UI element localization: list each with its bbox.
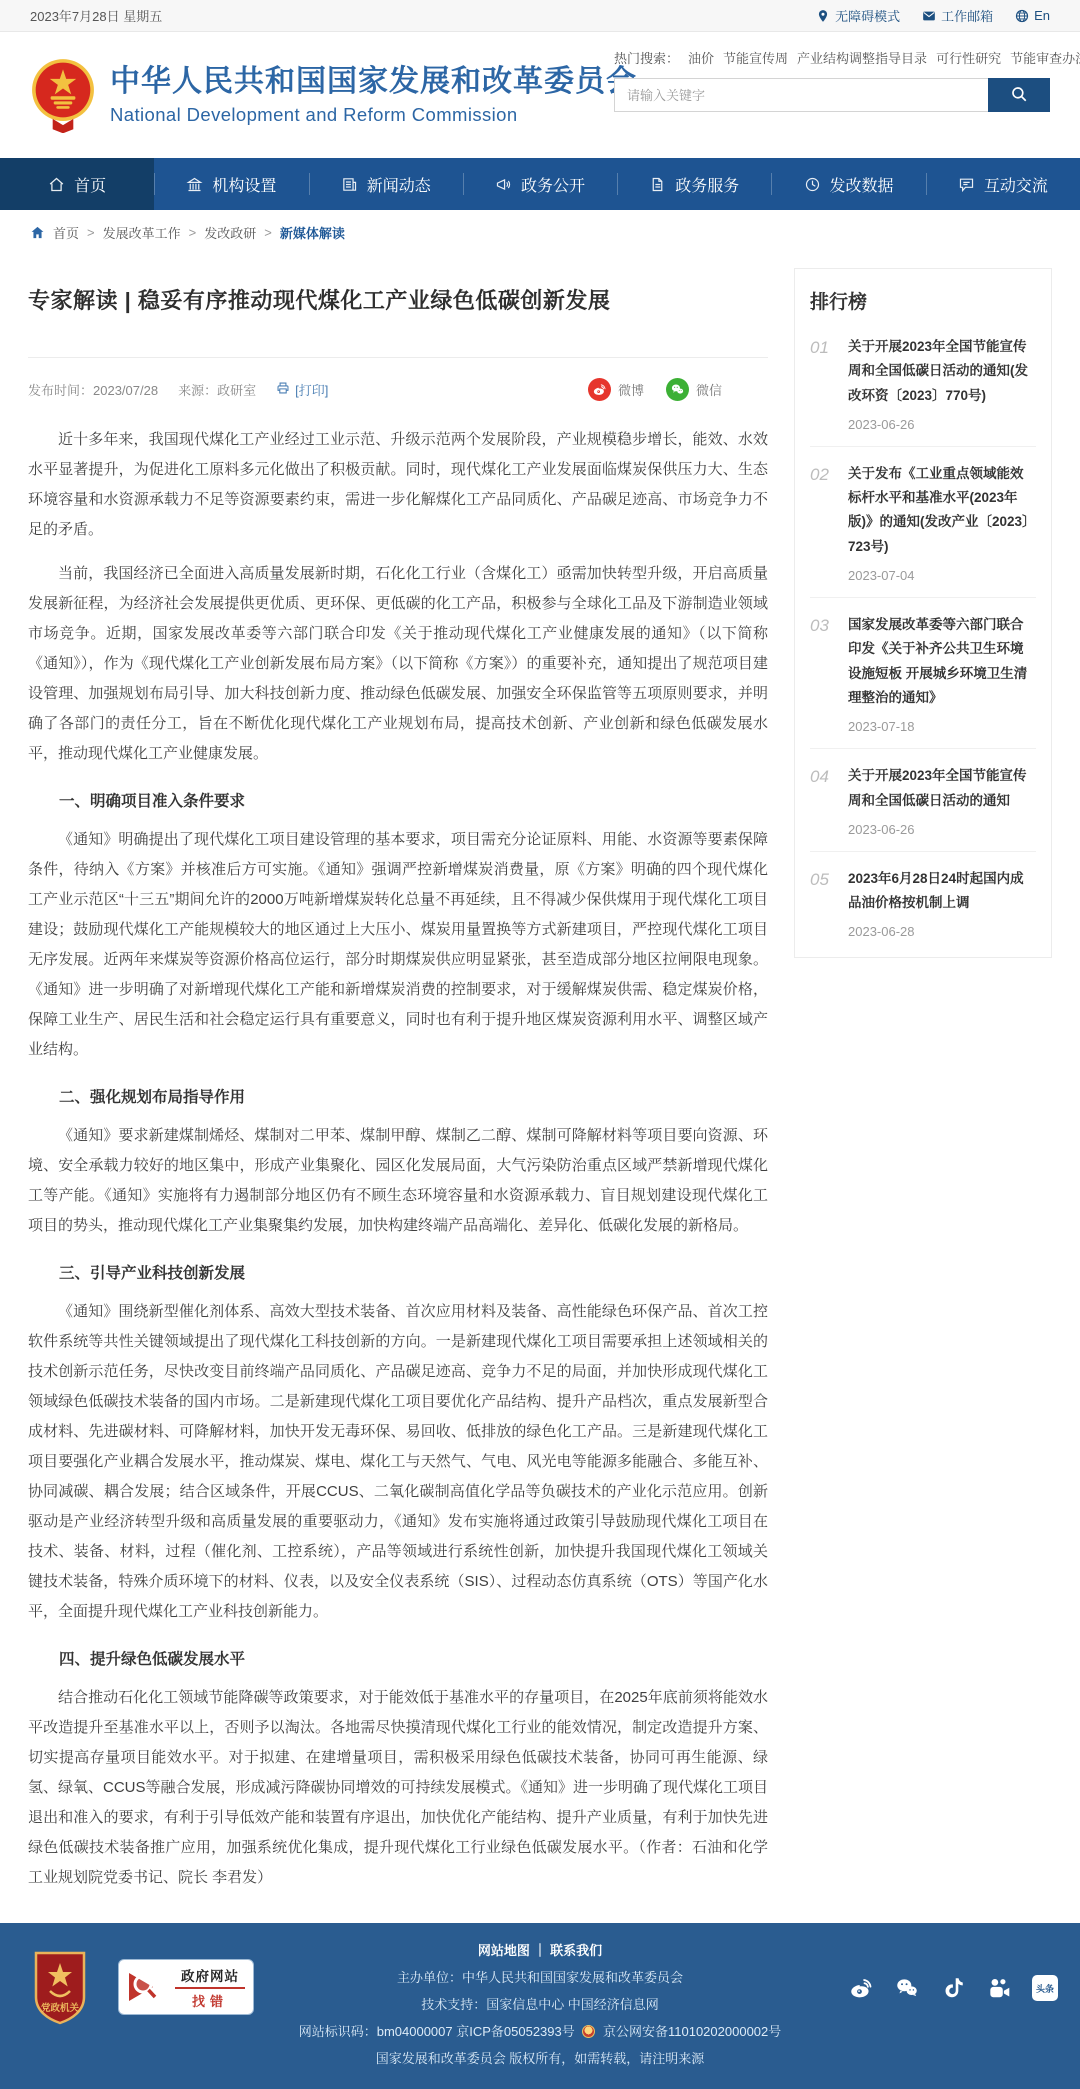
current-date: 2023年7月28日 星期五 <box>30 6 162 25</box>
footer-social-icons: 头条 <box>848 1975 1058 2001</box>
site-code-text: 网站标识码：bm04000007 京ICP备05052393号 <box>299 2024 575 2039</box>
article-paragraph: 《通知》围绕新型催化剂体系、高效大型技术装备、首次应用材料及装备、高性能绿色环保… <box>28 1297 768 1627</box>
breadcrumb-separator: > <box>264 225 272 240</box>
share-wechat-label: 微信 <box>696 380 722 399</box>
section-heading: 三、引导产业科技创新发展 <box>28 1261 768 1283</box>
nav-item-interaction[interactable]: 互动交流 <box>926 158 1080 210</box>
hot-search-item[interactable]: 产业结构调整指导目录 <box>797 48 927 67</box>
ranking-item-2[interactable]: 02 关于发布《工业重点领域能效标杆水平和基准水平(2023年版)》的通知(发改… <box>810 447 1036 598</box>
rank-item-date: 2023-06-26 <box>848 822 1036 837</box>
institution-icon <box>186 176 203 193</box>
weibo-icon <box>588 378 611 401</box>
rank-item-date: 2023-07-04 <box>848 568 1036 583</box>
police-record-link[interactable]: 京公网安备11010202000002号 <box>603 2024 781 2039</box>
top-utility-bar: 2023年7月28日 星期五 无障碍模式 工作邮箱 En <box>0 0 1080 32</box>
nav-item-news[interactable]: 新闻动态 <box>309 158 463 210</box>
nav-item-data[interactable]: 发改数据 <box>771 158 925 210</box>
wechat-icon <box>666 378 689 401</box>
breadcrumb-separator: > <box>87 225 95 240</box>
ranking-title: 排行榜 <box>810 287 1036 314</box>
rank-item-date: 2023-06-26 <box>848 417 1036 432</box>
hot-search-row: 热门搜索： 油价 节能宣传周 产业结构调整指导目录 可行性研究 节能审查办法 <box>614 48 1050 67</box>
article-source: 来源：政研室 <box>178 380 256 399</box>
nav-item-label: 发改数据 <box>830 173 894 196</box>
breadcrumb-item[interactable]: 首页 <box>53 223 79 242</box>
rank-item-title: 关于开展2023年全国节能宣传周和全国低碳日活动的通知 <box>848 764 1036 813</box>
nav-item-home[interactable]: 首页 <box>0 158 154 210</box>
breadcrumb-separator: > <box>189 225 197 240</box>
find-error-magnifier-icon <box>127 1967 167 2007</box>
gov-site-find-error-badge[interactable]: 政府网站 找错 <box>118 1959 254 2015</box>
rank-number: 01 <box>810 335 838 432</box>
newspaper-icon <box>341 176 358 193</box>
sidebar-ranking: 排行榜 01 关于开展2023年全国节能宣传周和全国低碳日活动的通知(发改环资〔… <box>794 268 1052 1893</box>
search-icon <box>1010 85 1028 106</box>
hot-search-item[interactable]: 节能宣传周 <box>723 48 788 67</box>
rank-item-title: 关于发布《工业重点领域能效标杆水平和基准水平(2023年版)》的通知(发改产业〔… <box>848 462 1036 559</box>
rank-number: 03 <box>810 613 838 734</box>
search-input[interactable] <box>614 78 988 112</box>
share-weibo-button[interactable]: 微博 <box>588 378 644 401</box>
language-label: En <box>1034 8 1050 23</box>
document-icon <box>649 176 666 193</box>
footer-links-separator: ｜ <box>533 1943 546 1958</box>
breadcrumb-current[interactable]: 新媒体解读 <box>280 223 345 242</box>
nav-item-gov-services[interactable]: 政务服务 <box>617 158 771 210</box>
ranking-item-5[interactable]: 05 2023年6月28日24时起国内成品油价格按机制上调 2023-06-28 <box>810 852 1036 954</box>
section-heading: 四、提升绿色低碳发展水平 <box>28 1647 768 1669</box>
hot-search-item[interactable]: 节能审查办法 <box>1010 48 1080 67</box>
nav-item-label: 政务公开 <box>521 173 585 196</box>
footer-icp-line: 网站标识码：bm04000007 京ICP备05052393号 京公网安备110… <box>0 2021 1080 2040</box>
page-title: 专家解读 | 稳妥有序推动现代煤化工产业绿色低碳创新发展 <box>28 284 768 315</box>
wechat-icon[interactable] <box>894 1975 920 2001</box>
nav-item-organization[interactable]: 机构设置 <box>154 158 308 210</box>
breadcrumb: 首页 > 发展改革工作 > 发改政研 > 新媒体解读 <box>0 210 1080 254</box>
nav-item-label: 首页 <box>74 173 106 196</box>
org-title-en: National Development and Reform Commissi… <box>110 104 637 126</box>
footer-links: 网站地图 ｜ 联系我们 <box>0 1940 1080 1959</box>
article-paragraph: 结合推动石化化工领域节能降碳等政策要求，对于能效低于基准水平的存量项目，在202… <box>28 1683 768 1893</box>
publish-time: 发布时间：2023/07/28 <box>28 380 158 399</box>
nav-item-label: 政务服务 <box>675 173 739 196</box>
toutiao-icon[interactable]: 头条 <box>1032 1975 1058 2001</box>
article-paragraph: 当前，我国经济已全面进入高质量发展新时期，石化化工行业（含煤化工）亟需加快转型升… <box>28 559 768 769</box>
rank-number: 04 <box>810 764 838 837</box>
article-meta: 发布时间：2023/07/28 来源：政研室 [打印] 微博 <box>28 358 768 411</box>
section-heading: 一、明确项目准入条件要求 <box>28 789 768 811</box>
weibo-icon[interactable] <box>848 1975 874 2001</box>
svg-text:党政机关: 党政机关 <box>41 2002 80 2014</box>
article-paragraph: 《通知》要求新建煤制烯烃、煤制对二甲苯、煤制甲醇、煤制乙二醇、煤制可降解材料等项… <box>28 1121 768 1241</box>
accessibility-label: 无障碍模式 <box>835 6 900 25</box>
share-wechat-button[interactable]: 微信 <box>666 378 722 401</box>
section-heading: 二、强化规划布局指导作用 <box>28 1085 768 1107</box>
hot-search-item[interactable]: 可行性研究 <box>936 48 1001 67</box>
find-error-label: 找错 <box>175 1991 245 2010</box>
article-paragraph: 《通知》明确提出了现代煤化工项目建设管理的基本要求，项目需充分论证原料、用能、水… <box>28 825 768 1065</box>
work-mailbox-link[interactable]: 工作邮箱 <box>922 6 993 25</box>
rank-item-date: 2023-06-28 <box>848 924 1036 939</box>
clock-chart-icon <box>804 176 821 193</box>
contact-link[interactable]: 联系我们 <box>550 1943 602 1958</box>
toutiao-label: 头条 <box>1036 1982 1054 1995</box>
share-weibo-label: 微博 <box>618 380 644 399</box>
party-gov-badge[interactable]: 党政机关 <box>32 1949 88 2025</box>
home-icon <box>48 176 65 193</box>
chat-bubble-icon <box>958 176 975 193</box>
sitemap-link[interactable]: 网站地图 <box>478 1943 530 1958</box>
rank-item-title: 2023年6月28日24时起国内成品油价格按机制上调 <box>848 867 1036 916</box>
print-label: [打印] <box>295 380 328 399</box>
hot-search-label: 热门搜索： <box>614 48 679 67</box>
footer-copyright-line: 国家发展和改革委员会 版权所有，如需转载，请注明来源 <box>0 2048 1080 2067</box>
accessibility-pin-icon <box>816 9 830 23</box>
site-footer: 网站地图 ｜ 联系我们 主办单位：中华人民共和国国家发展和改革委员会 技术支持：… <box>0 1923 1080 2089</box>
kuaishou-icon[interactable] <box>986 1975 1012 2001</box>
nav-item-gov-disclosure[interactable]: 政务公开 <box>463 158 617 210</box>
hot-search-item[interactable]: 油价 <box>688 48 714 67</box>
rank-number: 02 <box>810 462 838 583</box>
breadcrumb-item[interactable]: 发改政研 <box>204 223 256 242</box>
home-icon <box>30 225 45 240</box>
search-button[interactable] <box>988 78 1050 112</box>
megaphone-icon <box>495 176 512 193</box>
douyin-icon[interactable] <box>940 1975 966 2001</box>
national-emblem-icon <box>30 57 96 133</box>
mailbox-label: 工作邮箱 <box>941 6 993 25</box>
police-badge-icon <box>582 2025 595 2038</box>
gov-site-label: 政府网站 <box>175 1965 245 1989</box>
article: 专家解读 | 稳妥有序推动现代煤化工产业绿色低碳创新发展 发布时间：2023/0… <box>28 254 768 1893</box>
site-logo[interactable]: 中华人民共和国国家发展和改革委员会 National Development a… <box>30 57 637 133</box>
main-nav: 首页 机构设置 新闻动态 政务公开 政务服务 发改数据 互动交流 <box>0 158 1080 210</box>
site-header: 中华人民共和国国家发展和改革委员会 National Development a… <box>0 32 1080 158</box>
article-paragraph: 近十多年来，我国现代煤化工产业经过工业示范、升级示范两个发展阶段，产业规模稳步增… <box>28 425 768 545</box>
accessibility-mode-link[interactable]: 无障碍模式 <box>816 6 900 25</box>
ranking-item-3[interactable]: 03 国家发展改革委等六部门联合印发《关于补齐公共卫生环境设施短板 开展城乡环境… <box>810 598 1036 749</box>
language-switch[interactable]: En <box>1015 8 1050 23</box>
nav-item-label: 机构设置 <box>212 173 276 196</box>
nav-item-label: 互动交流 <box>984 173 1048 196</box>
mail-icon <box>922 9 936 23</box>
ranking-item-1[interactable]: 01 关于开展2023年全国节能宣传周和全国低碳日活动的通知(发改环资〔2023… <box>810 320 1036 447</box>
nav-item-label: 新闻动态 <box>367 173 431 196</box>
rank-item-title: 国家发展改革委等六部门联合印发《关于补齐公共卫生环境设施短板 开展城乡环境卫生清… <box>848 613 1036 710</box>
print-button[interactable]: [打印] <box>276 380 328 399</box>
printer-icon <box>276 381 290 398</box>
globe-icon <box>1015 9 1029 23</box>
ranking-item-4[interactable]: 04 关于开展2023年全国节能宣传周和全国低碳日活动的通知 2023-06-2… <box>810 749 1036 852</box>
breadcrumb-item[interactable]: 发展改革工作 <box>103 223 181 242</box>
org-title-cn: 中华人民共和国国家发展和改革委员会 <box>110 64 637 100</box>
rank-item-title: 关于开展2023年全国节能宣传周和全国低碳日活动的通知(发改环资〔2023〕77… <box>848 335 1036 408</box>
rank-item-date: 2023-07-18 <box>848 719 1036 734</box>
rank-number: 05 <box>810 867 838 940</box>
